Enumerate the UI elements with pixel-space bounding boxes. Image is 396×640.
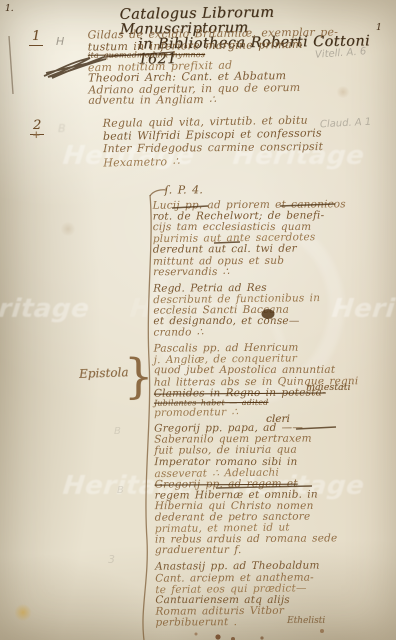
yellow-stain bbox=[14, 604, 32, 621]
manuscript-line: promodentur ∴ bbox=[154, 406, 340, 419]
foxing-spot bbox=[336, 86, 350, 98]
manuscript-line: quod jubet Apostolica annuntiat bbox=[154, 365, 340, 376]
manuscript-line: reservandis ∴ bbox=[153, 267, 339, 278]
manuscript-line: asseverat ∴ Adeluachi bbox=[154, 467, 340, 480]
pencil-mark-3: 3 bbox=[108, 553, 115, 566]
pencil-mark-b: B bbox=[114, 426, 121, 437]
section-header: ſ. P. 4. bbox=[152, 183, 338, 195]
margin-note-cleri: cleri bbox=[266, 413, 290, 425]
manuscript-line: Hibernia qui Christo nomen bbox=[155, 501, 341, 512]
entry-number-1-digit: 1 bbox=[29, 29, 43, 46]
foxing-spot bbox=[60, 222, 76, 236]
entry-2-text-block: Regula quid vita, virtutib. et obitubeat… bbox=[103, 113, 344, 169]
manuscript-line: adventu in Angliam ∴ bbox=[88, 94, 340, 107]
pencil-mark-b: B bbox=[58, 122, 66, 135]
pencil-mark-h: H bbox=[56, 35, 64, 48]
pencil-mark-b: B bbox=[117, 485, 124, 496]
entry-1-text-block: Gildas de excidio Britanniæ, exemplar pe… bbox=[88, 26, 341, 107]
main-lines: Lucij pp. ad priorem et canonicosrot. de… bbox=[153, 199, 342, 628]
epistola-brace: } bbox=[124, 348, 153, 403]
margin-note-ethelisti: Ethelisti bbox=[287, 616, 325, 626]
entry-number-1: 1 bbox=[29, 25, 43, 44]
manuscript-photo: Heritage Heritage Heritage Heritage Heri… bbox=[0, 0, 396, 640]
manuscript-line: et designando, et conse— bbox=[153, 316, 339, 327]
main-text-block: ſ. P. 4. Lucij pp. ad priorem et canonic… bbox=[152, 183, 341, 628]
cross-mark: + bbox=[32, 130, 40, 141]
manuscript-line: crando ∴ bbox=[153, 326, 339, 338]
manuscript-line: Cantuariensem atq alijs bbox=[155, 595, 341, 606]
folio-number-top-left: 1. bbox=[5, 4, 14, 14]
manuscript-line: describunt de functionibus in bbox=[153, 293, 339, 306]
margin-note-epistola: Epistola bbox=[79, 365, 129, 381]
manuscript-line: graduerentur f. bbox=[155, 545, 341, 556]
margin-note-maiestati: maiestati bbox=[306, 382, 351, 393]
